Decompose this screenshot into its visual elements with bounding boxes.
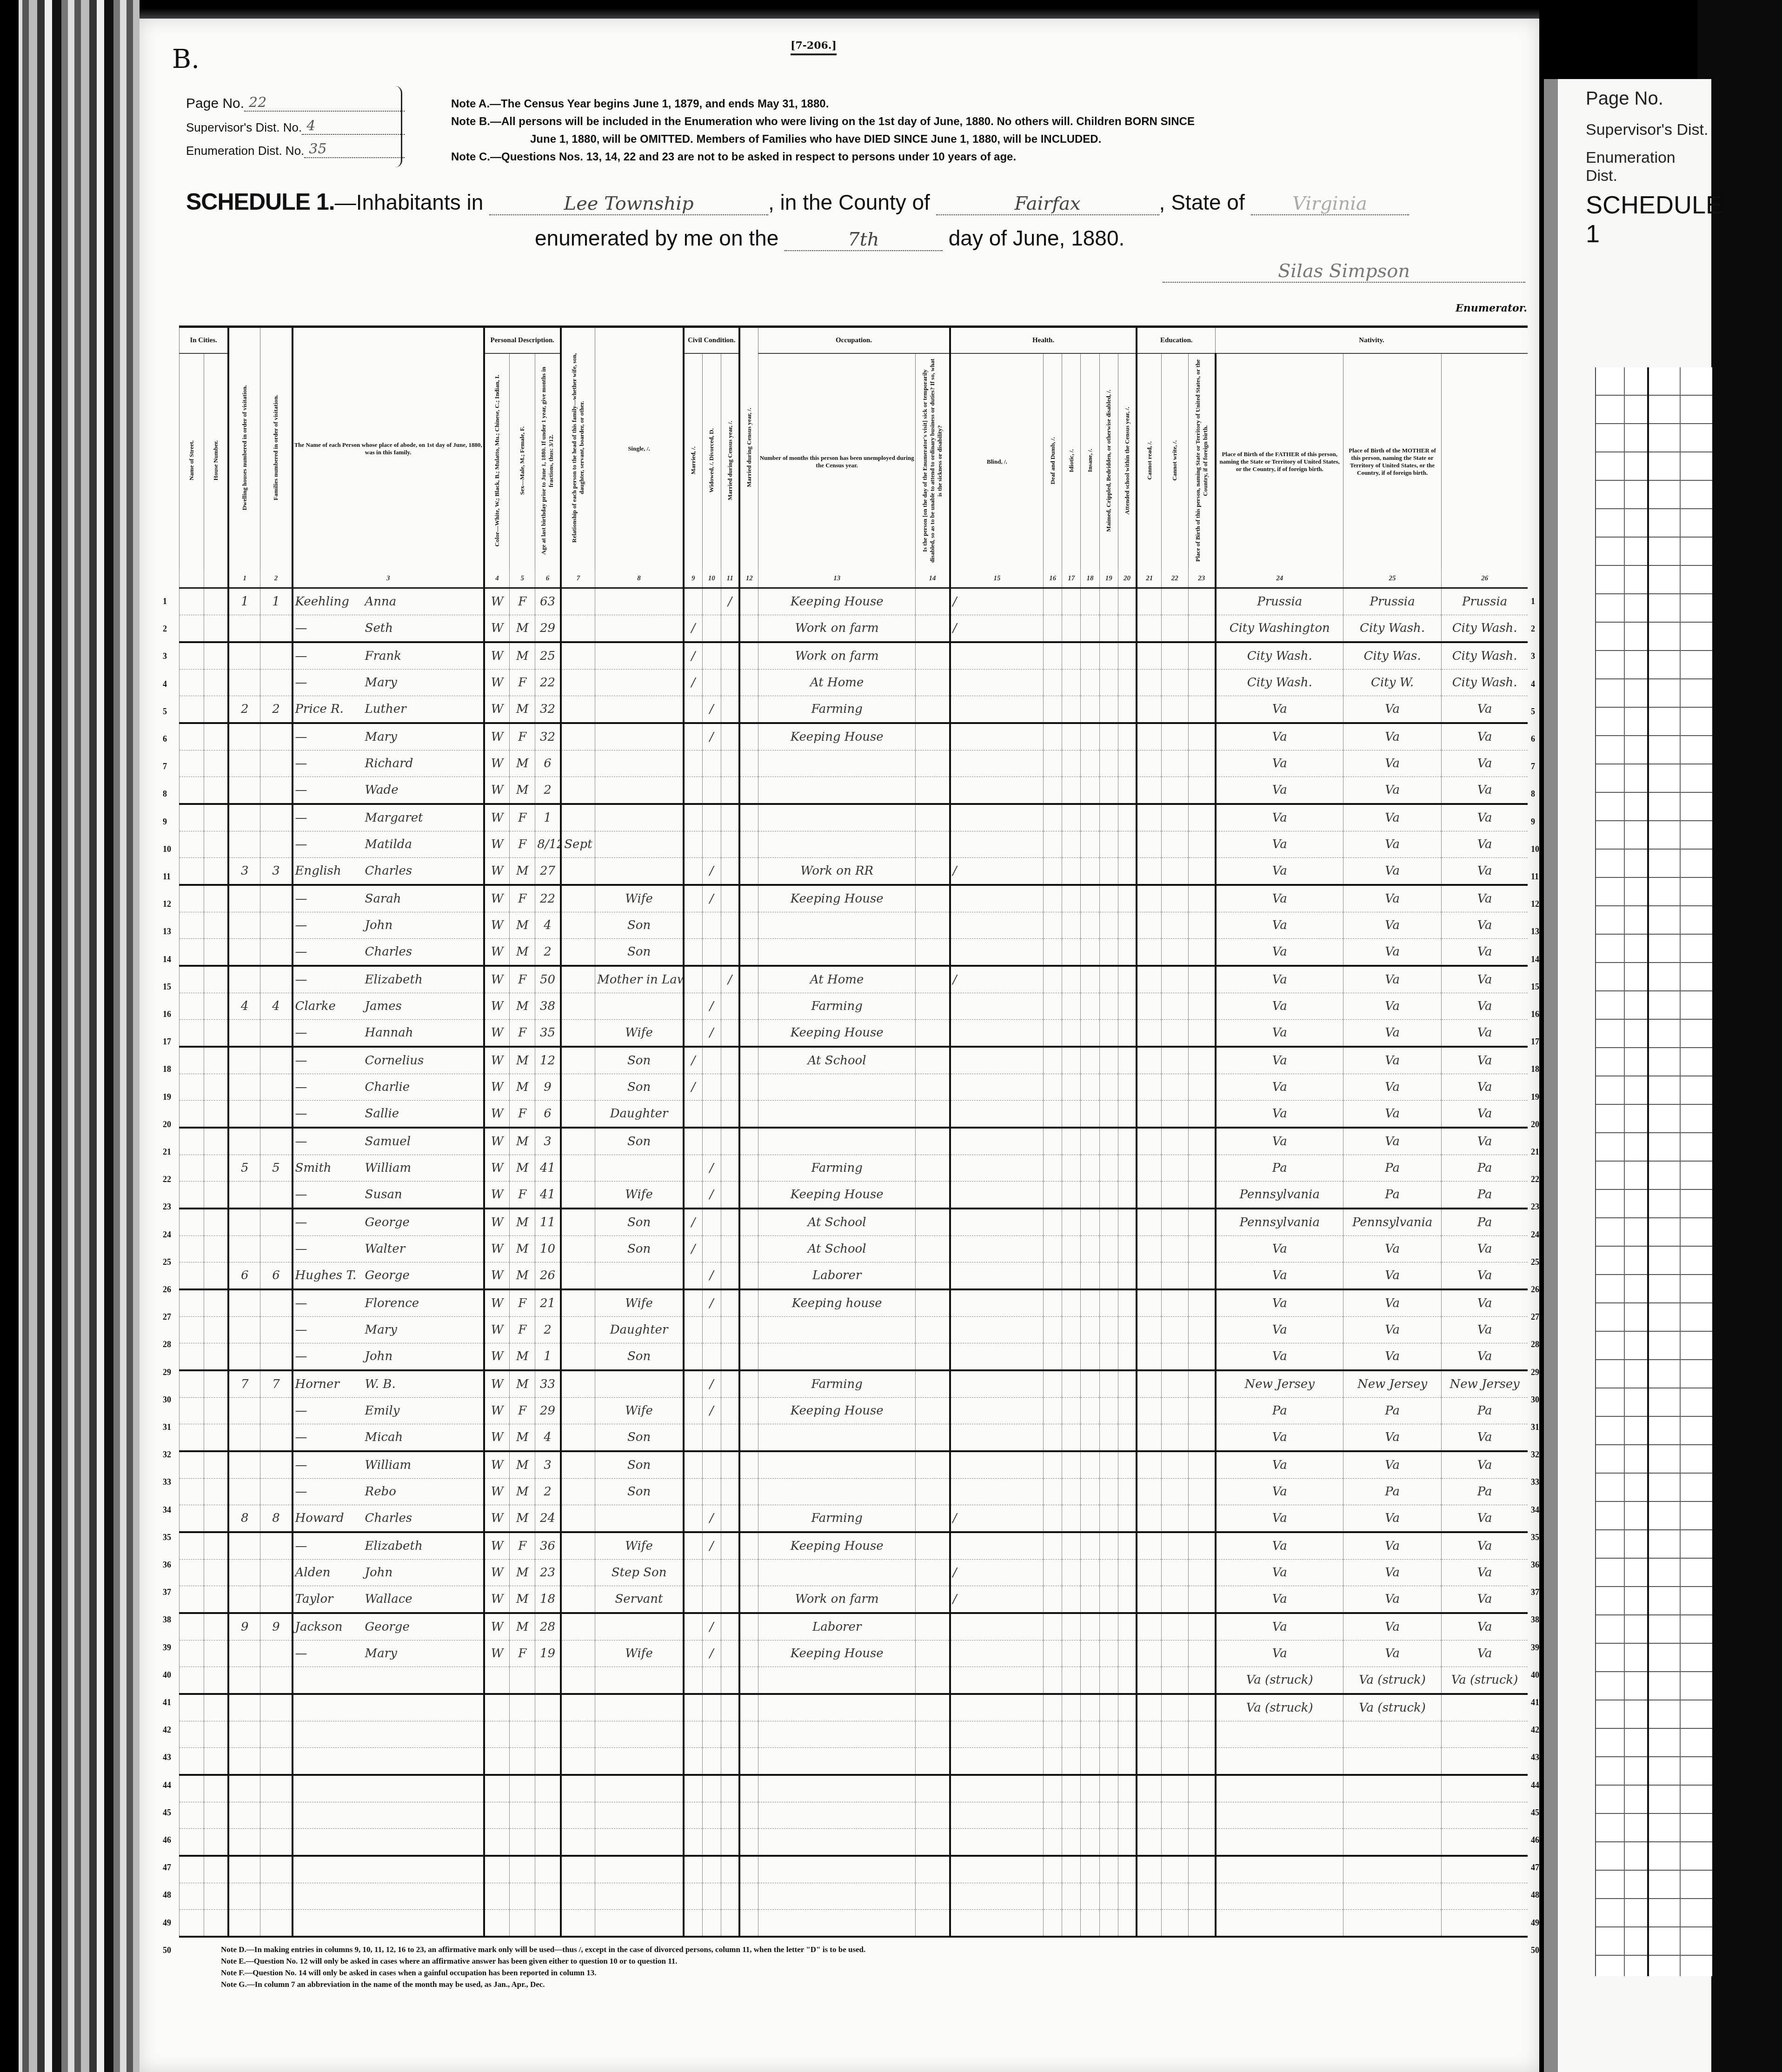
color-cell: W bbox=[484, 831, 510, 858]
birthplace-father bbox=[1343, 1829, 1441, 1856]
given-name: Margaret bbox=[365, 811, 423, 825]
person-name: Price R.Luther bbox=[293, 696, 484, 724]
street-cell bbox=[180, 1586, 204, 1614]
given-name: William bbox=[365, 1161, 412, 1175]
row-number-left: 26 bbox=[163, 1285, 171, 1295]
street-cell bbox=[180, 696, 204, 724]
cannot-read-mark bbox=[1161, 750, 1188, 777]
idiotic-mark bbox=[1081, 831, 1099, 858]
street-cell bbox=[180, 1560, 204, 1586]
deaf-mark bbox=[1062, 804, 1081, 831]
attended-school-mark bbox=[1137, 1586, 1161, 1614]
deaf-mark bbox=[1062, 1262, 1081, 1290]
occupation-cell: Keeping House bbox=[758, 1020, 916, 1047]
house-cell bbox=[204, 1155, 228, 1182]
insane-mark bbox=[1099, 723, 1118, 750]
given-name: Mary bbox=[365, 730, 397, 744]
house-cell bbox=[204, 1182, 228, 1209]
occupation-cell bbox=[758, 1802, 916, 1829]
widowed-mark bbox=[721, 1047, 739, 1074]
dwelling-number bbox=[228, 1236, 260, 1262]
surname: — bbox=[295, 1188, 365, 1202]
attended-school-mark bbox=[1137, 1128, 1161, 1155]
birthplace-mother bbox=[1442, 1856, 1528, 1883]
disabled-mark bbox=[1118, 777, 1137, 804]
cannot-write-mark bbox=[1188, 1883, 1215, 1910]
row-number-left: 43 bbox=[163, 1753, 171, 1762]
birthplace-father: Va bbox=[1343, 1560, 1441, 1586]
dwelling-number: 2 bbox=[228, 696, 260, 724]
color-cell: W bbox=[484, 1128, 510, 1155]
months-unemployed-cell bbox=[916, 750, 950, 777]
dwelling-number bbox=[228, 1640, 260, 1667]
row-number-left: 49 bbox=[163, 1918, 171, 1928]
age-cell: 35 bbox=[535, 1020, 561, 1047]
occupation-cell bbox=[758, 1721, 916, 1748]
disabled-mark bbox=[1118, 1856, 1137, 1883]
age-cell: 9 bbox=[535, 1074, 561, 1101]
surname: — bbox=[295, 973, 365, 987]
single-mark bbox=[684, 1398, 702, 1424]
deaf-mark bbox=[1062, 1424, 1081, 1452]
disabled-mark bbox=[1118, 1128, 1137, 1155]
married-mark bbox=[702, 1074, 721, 1101]
house-cell bbox=[204, 1505, 228, 1533]
widowed-mark bbox=[721, 750, 739, 777]
married-census-year-mark bbox=[739, 804, 758, 831]
attended-school-mark bbox=[1137, 1721, 1161, 1748]
cannot-write-mark bbox=[1188, 1317, 1215, 1343]
idiotic-mark bbox=[1081, 1586, 1099, 1614]
single-mark bbox=[684, 1883, 702, 1910]
married-mark bbox=[702, 912, 721, 939]
dwelling-number bbox=[228, 804, 260, 831]
schedule-title: SCHEDULE 1.—Inhabitants in Lee Township,… bbox=[186, 188, 1409, 215]
married-census-year-mark bbox=[739, 1451, 758, 1479]
deaf-mark bbox=[1062, 1748, 1081, 1775]
widowed-mark bbox=[721, 831, 739, 858]
dwelling-number bbox=[228, 1802, 260, 1829]
table-row: —WadeWM2VaVaVa bbox=[180, 777, 1528, 804]
table-row: —MaryWF2DaughterVaVaVa bbox=[180, 1317, 1528, 1343]
birthplace-mother: Va bbox=[1442, 1424, 1528, 1452]
cannot-write-mark bbox=[1188, 696, 1215, 724]
sickness-cell bbox=[950, 642, 1044, 670]
attended-school-mark bbox=[1137, 1398, 1161, 1424]
relationship-cell bbox=[595, 831, 684, 858]
given-name: Elizabeth bbox=[365, 1539, 423, 1553]
sex-cell: M bbox=[510, 993, 535, 1020]
birthplace-father: Va bbox=[1343, 1586, 1441, 1614]
cannot-read-mark bbox=[1161, 1748, 1188, 1775]
dwelling-number bbox=[228, 939, 260, 966]
relationship-cell bbox=[595, 696, 684, 724]
house-cell bbox=[204, 1289, 228, 1317]
blind-mark bbox=[1044, 696, 1062, 724]
color-cell: W bbox=[484, 750, 510, 777]
insane-mark bbox=[1099, 1802, 1118, 1829]
dwelling-number bbox=[228, 670, 260, 696]
col-15-header: Blind, /. bbox=[950, 353, 1044, 570]
surname: — bbox=[295, 1404, 365, 1418]
row-number-left: 34 bbox=[163, 1505, 171, 1515]
cannot-read-mark bbox=[1161, 670, 1188, 696]
supervisor-value: 4 bbox=[302, 118, 405, 135]
family-number: 8 bbox=[260, 1505, 293, 1533]
dwelling-number: 1 bbox=[228, 588, 260, 615]
table-row: —ElizabethWF36Wife/Keeping HouseVaVaVa bbox=[180, 1532, 1528, 1560]
insane-mark bbox=[1099, 1343, 1118, 1371]
cannot-read-mark bbox=[1161, 1694, 1188, 1721]
sickness-cell bbox=[950, 1424, 1044, 1452]
birthplace-self bbox=[1216, 1883, 1343, 1910]
sex-cell: M bbox=[510, 1451, 535, 1479]
col-26-header bbox=[1442, 353, 1528, 570]
cannot-read-mark bbox=[1161, 777, 1188, 804]
birthplace-mother: Pa bbox=[1442, 1398, 1528, 1424]
attended-school-mark bbox=[1137, 588, 1161, 615]
deaf-mark bbox=[1062, 1667, 1081, 1694]
row-number-left: 4 bbox=[163, 679, 167, 689]
family-number bbox=[260, 1856, 293, 1883]
birthplace-father: Va bbox=[1343, 939, 1441, 966]
cannot-write-mark bbox=[1188, 858, 1215, 885]
enumerated-label: enumerated by me on the bbox=[535, 226, 778, 250]
relationship-cell: Mother in Law bbox=[595, 966, 684, 993]
occupation-cell: Work on farm bbox=[758, 642, 916, 670]
row-number-right: 24 bbox=[1531, 1230, 1539, 1240]
cannot-read-mark bbox=[1161, 1155, 1188, 1182]
street-cell bbox=[180, 588, 204, 615]
sex-cell bbox=[510, 1748, 535, 1775]
deaf-mark bbox=[1062, 1317, 1081, 1343]
months-unemployed-cell bbox=[916, 670, 950, 696]
sickness-cell: / bbox=[950, 1505, 1044, 1533]
family-number: 3 bbox=[260, 858, 293, 885]
birth-month-cell bbox=[561, 1883, 595, 1910]
relationship-cell: Son bbox=[595, 939, 684, 966]
disabled-mark bbox=[1118, 1398, 1137, 1424]
row-number-left: 46 bbox=[163, 1835, 171, 1845]
widowed-mark bbox=[721, 1209, 739, 1236]
blind-mark bbox=[1044, 804, 1062, 831]
months-unemployed-cell bbox=[916, 1640, 950, 1667]
sickness-cell: / bbox=[950, 858, 1044, 885]
color-cell: W bbox=[484, 1020, 510, 1047]
surname: Howard bbox=[295, 1511, 365, 1525]
deaf-mark bbox=[1062, 588, 1081, 615]
color-cell: W bbox=[484, 1101, 510, 1128]
blind-mark bbox=[1044, 1236, 1062, 1262]
widowed-mark bbox=[721, 1317, 739, 1343]
married-census-year-mark bbox=[739, 1883, 758, 1910]
relationship-cell bbox=[595, 1775, 684, 1802]
house-cell bbox=[204, 1047, 228, 1074]
family-number bbox=[260, 1829, 293, 1856]
attended-school-mark bbox=[1137, 696, 1161, 724]
age-cell: 21 bbox=[535, 1289, 561, 1317]
birth-month-cell bbox=[561, 1532, 595, 1560]
insane-mark bbox=[1099, 1856, 1118, 1883]
col-13-header: Number of months this person has been un… bbox=[758, 353, 916, 570]
table-row: 88HowardCharlesWM24/Farming/VaVaVa bbox=[180, 1505, 1528, 1533]
note-e: Note E.—Question No. 12 will only be ask… bbox=[221, 1955, 865, 1967]
married-mark bbox=[702, 1479, 721, 1505]
sickness-cell bbox=[950, 1155, 1044, 1182]
house-cell bbox=[204, 1343, 228, 1371]
deaf-mark bbox=[1062, 1155, 1081, 1182]
street-cell bbox=[180, 858, 204, 885]
disabled-mark bbox=[1118, 1074, 1137, 1101]
relationship-cell: Servant bbox=[595, 1586, 684, 1614]
age-cell: 26 bbox=[535, 1262, 561, 1290]
married-census-year-mark bbox=[739, 1721, 758, 1748]
sex-cell: M bbox=[510, 1424, 535, 1452]
street-cell bbox=[180, 966, 204, 993]
row-number-left: 17 bbox=[163, 1037, 171, 1047]
months-unemployed-cell bbox=[916, 1586, 950, 1614]
relationship-cell: Son bbox=[595, 1236, 684, 1262]
months-unemployed-cell bbox=[916, 1560, 950, 1586]
enumerator-label: Enumerator. bbox=[1456, 302, 1527, 314]
idiotic-mark bbox=[1081, 912, 1099, 939]
street-cell bbox=[180, 912, 204, 939]
relationship-cell: Son bbox=[595, 912, 684, 939]
relationship-cell bbox=[595, 723, 684, 750]
birthplace-father: Va bbox=[1343, 777, 1441, 804]
column-number-row: 12 3 456 78 91011 12 1314 15 1617181920 … bbox=[180, 570, 1528, 588]
birthplace-father bbox=[1343, 1748, 1441, 1775]
table-row bbox=[180, 1910, 1528, 1937]
sickness-cell bbox=[950, 1020, 1044, 1047]
birth-month-cell bbox=[561, 1182, 595, 1209]
family-number bbox=[260, 1020, 293, 1047]
color-cell: W bbox=[484, 1640, 510, 1667]
attended-school-mark bbox=[1137, 1236, 1161, 1262]
married-mark bbox=[702, 1424, 721, 1452]
deaf-mark bbox=[1062, 1775, 1081, 1802]
single-mark bbox=[684, 1289, 702, 1317]
single-mark bbox=[684, 831, 702, 858]
insane-mark bbox=[1099, 912, 1118, 939]
group-civil: Civil Condition. bbox=[684, 327, 739, 354]
birthplace-self: Va bbox=[1216, 912, 1343, 939]
sex-cell: M bbox=[510, 750, 535, 777]
sex-cell: F bbox=[510, 1532, 535, 1560]
house-cell bbox=[204, 966, 228, 993]
widowed-mark bbox=[721, 1262, 739, 1290]
person-name: —Elizabeth bbox=[293, 966, 484, 993]
idiotic-mark bbox=[1081, 1667, 1099, 1694]
row-number-left: 50 bbox=[163, 1946, 171, 1955]
deaf-mark bbox=[1062, 1289, 1081, 1317]
married-mark: / bbox=[702, 885, 721, 912]
sex-cell: F bbox=[510, 1182, 535, 1209]
idiotic-mark bbox=[1081, 1236, 1099, 1262]
house-cell bbox=[204, 1532, 228, 1560]
row-number-left: 44 bbox=[163, 1780, 171, 1790]
married-census-year-mark bbox=[739, 1398, 758, 1424]
age-cell: 32 bbox=[535, 723, 561, 750]
occupation-cell bbox=[758, 1667, 916, 1694]
birthplace-self: Va bbox=[1216, 1101, 1343, 1128]
age-cell bbox=[535, 1829, 561, 1856]
insane-mark bbox=[1099, 885, 1118, 912]
birth-month-cell bbox=[561, 1236, 595, 1262]
table-row: 55SmithWilliamWM41/FarmingPaPaPa bbox=[180, 1155, 1528, 1182]
single-mark bbox=[684, 1317, 702, 1343]
dwelling-number bbox=[228, 1856, 260, 1883]
insane-mark bbox=[1099, 939, 1118, 966]
dwelling-number bbox=[228, 1182, 260, 1209]
disabled-mark bbox=[1118, 696, 1137, 724]
cannot-read-mark bbox=[1161, 993, 1188, 1020]
birthplace-father: Va bbox=[1343, 723, 1441, 750]
birth-month-cell bbox=[561, 696, 595, 724]
birth-month-cell bbox=[561, 670, 595, 696]
blind-mark bbox=[1044, 1182, 1062, 1209]
disabled-mark bbox=[1118, 1479, 1137, 1505]
family-number bbox=[260, 1047, 293, 1074]
county-label: , in the County of bbox=[768, 190, 930, 214]
idiotic-mark bbox=[1081, 1343, 1099, 1371]
deaf-mark bbox=[1062, 723, 1081, 750]
street-cell bbox=[180, 1829, 204, 1856]
age-cell: 22 bbox=[535, 885, 561, 912]
age-cell: 11 bbox=[535, 1209, 561, 1236]
idiotic-mark bbox=[1081, 1020, 1099, 1047]
relationship-cell bbox=[595, 1910, 684, 1937]
birthplace-mother: Va bbox=[1442, 858, 1528, 885]
family-number bbox=[260, 670, 293, 696]
given-name: Frank bbox=[365, 649, 401, 663]
insane-mark bbox=[1099, 1910, 1118, 1937]
house-cell bbox=[204, 1398, 228, 1424]
insane-mark bbox=[1099, 1020, 1118, 1047]
person-name: —Hannah bbox=[293, 1020, 484, 1047]
person-name: HowardCharles bbox=[293, 1505, 484, 1533]
age-cell bbox=[535, 1694, 561, 1721]
married-mark bbox=[702, 831, 721, 858]
idiotic-mark bbox=[1081, 723, 1099, 750]
birthplace-self: Va bbox=[1216, 1343, 1343, 1371]
cannot-write-mark bbox=[1188, 1370, 1215, 1398]
person-name: —Susan bbox=[293, 1182, 484, 1209]
house-cell bbox=[204, 804, 228, 831]
relationship-cell bbox=[595, 1694, 684, 1721]
birthplace-mother: Va bbox=[1442, 1101, 1528, 1128]
adjacent-page-no-label: Page No. bbox=[1586, 88, 1663, 109]
family-number bbox=[260, 723, 293, 750]
birth-month-cell bbox=[561, 1424, 595, 1452]
birthplace-mother: Va bbox=[1442, 1289, 1528, 1317]
occupation-cell bbox=[758, 1128, 916, 1155]
sickness-cell bbox=[950, 1074, 1044, 1101]
col-17-header: Idiotic, /. bbox=[1062, 353, 1081, 570]
enumeration-row: Enumeration Dist. No. 35 bbox=[186, 135, 405, 158]
sickness-cell: / bbox=[950, 1586, 1044, 1614]
row-number-right: 41 bbox=[1531, 1698, 1539, 1707]
family-number bbox=[260, 912, 293, 939]
cannot-write-mark bbox=[1188, 1532, 1215, 1560]
birth-month-cell bbox=[561, 1101, 595, 1128]
color-cell: W bbox=[484, 966, 510, 993]
row-number-right: 45 bbox=[1531, 1808, 1539, 1818]
house-cell bbox=[204, 1317, 228, 1343]
birthplace-self: Va bbox=[1216, 1020, 1343, 1047]
age-cell bbox=[535, 1748, 561, 1775]
cannot-read-mark bbox=[1161, 1209, 1188, 1236]
table-row: —EmilyWF29Wife/Keeping HousePaPaPa bbox=[180, 1398, 1528, 1424]
color-cell: W bbox=[484, 1613, 510, 1640]
single-mark bbox=[684, 1613, 702, 1640]
married-census-year-mark bbox=[739, 1101, 758, 1128]
single-mark bbox=[684, 1586, 702, 1614]
cannot-write-mark bbox=[1188, 1667, 1215, 1694]
house-cell bbox=[204, 670, 228, 696]
occupation-cell bbox=[758, 1775, 916, 1802]
color-cell: W bbox=[484, 912, 510, 939]
cannot-write-mark bbox=[1188, 1101, 1215, 1128]
row-number-right: 21 bbox=[1531, 1147, 1539, 1157]
relationship-cell bbox=[595, 1667, 684, 1694]
cannot-write-mark bbox=[1188, 1262, 1215, 1290]
blind-mark bbox=[1044, 1047, 1062, 1074]
married-census-year-mark bbox=[739, 1505, 758, 1533]
color-cell: W bbox=[484, 615, 510, 643]
blind-mark bbox=[1044, 642, 1062, 670]
blind-mark bbox=[1044, 750, 1062, 777]
single-mark bbox=[684, 1424, 702, 1452]
col-4-header: Color—White, W.; Black, B.; Mulatto, Mu.… bbox=[484, 353, 510, 570]
birthplace-self: Va bbox=[1216, 1613, 1343, 1640]
months-unemployed-cell bbox=[916, 1398, 950, 1424]
disabled-mark bbox=[1118, 1343, 1137, 1371]
insane-mark bbox=[1099, 1883, 1118, 1910]
sickness-cell bbox=[950, 1101, 1044, 1128]
family-number: 4 bbox=[260, 993, 293, 1020]
attended-school-mark bbox=[1137, 1424, 1161, 1452]
birthplace-father: Va bbox=[1343, 1020, 1441, 1047]
color-cell: W bbox=[484, 858, 510, 885]
surname: — bbox=[295, 945, 365, 959]
sickness-cell bbox=[950, 1532, 1044, 1560]
row-number-left: 19 bbox=[163, 1092, 171, 1102]
surname: Hughes T. bbox=[295, 1268, 365, 1282]
single-mark bbox=[684, 1802, 702, 1829]
birth-month-cell bbox=[561, 1451, 595, 1479]
insane-mark bbox=[1099, 1155, 1118, 1182]
birthplace-mother: Va bbox=[1442, 804, 1528, 831]
deaf-mark bbox=[1062, 966, 1081, 993]
street-cell bbox=[180, 1289, 204, 1317]
dwelling-number bbox=[228, 1020, 260, 1047]
color-cell: W bbox=[484, 696, 510, 724]
married-census-year-mark bbox=[739, 1560, 758, 1586]
dwelling-number: 7 bbox=[228, 1370, 260, 1398]
birthplace-father: Va (struck) bbox=[1343, 1667, 1441, 1694]
attended-school-mark bbox=[1137, 1451, 1161, 1479]
family-number bbox=[260, 1883, 293, 1910]
street-cell bbox=[180, 1182, 204, 1209]
note-a: Note A.—The Census Year begins June 1, 1… bbox=[451, 95, 1474, 113]
widowed-mark bbox=[721, 1856, 739, 1883]
insane-mark bbox=[1099, 1586, 1118, 1614]
street-cell bbox=[180, 1101, 204, 1128]
person-name: —Charles bbox=[293, 939, 484, 966]
supervisor-row: Supervisor's Dist. No. 4 bbox=[186, 112, 405, 135]
disabled-mark bbox=[1118, 1424, 1137, 1452]
